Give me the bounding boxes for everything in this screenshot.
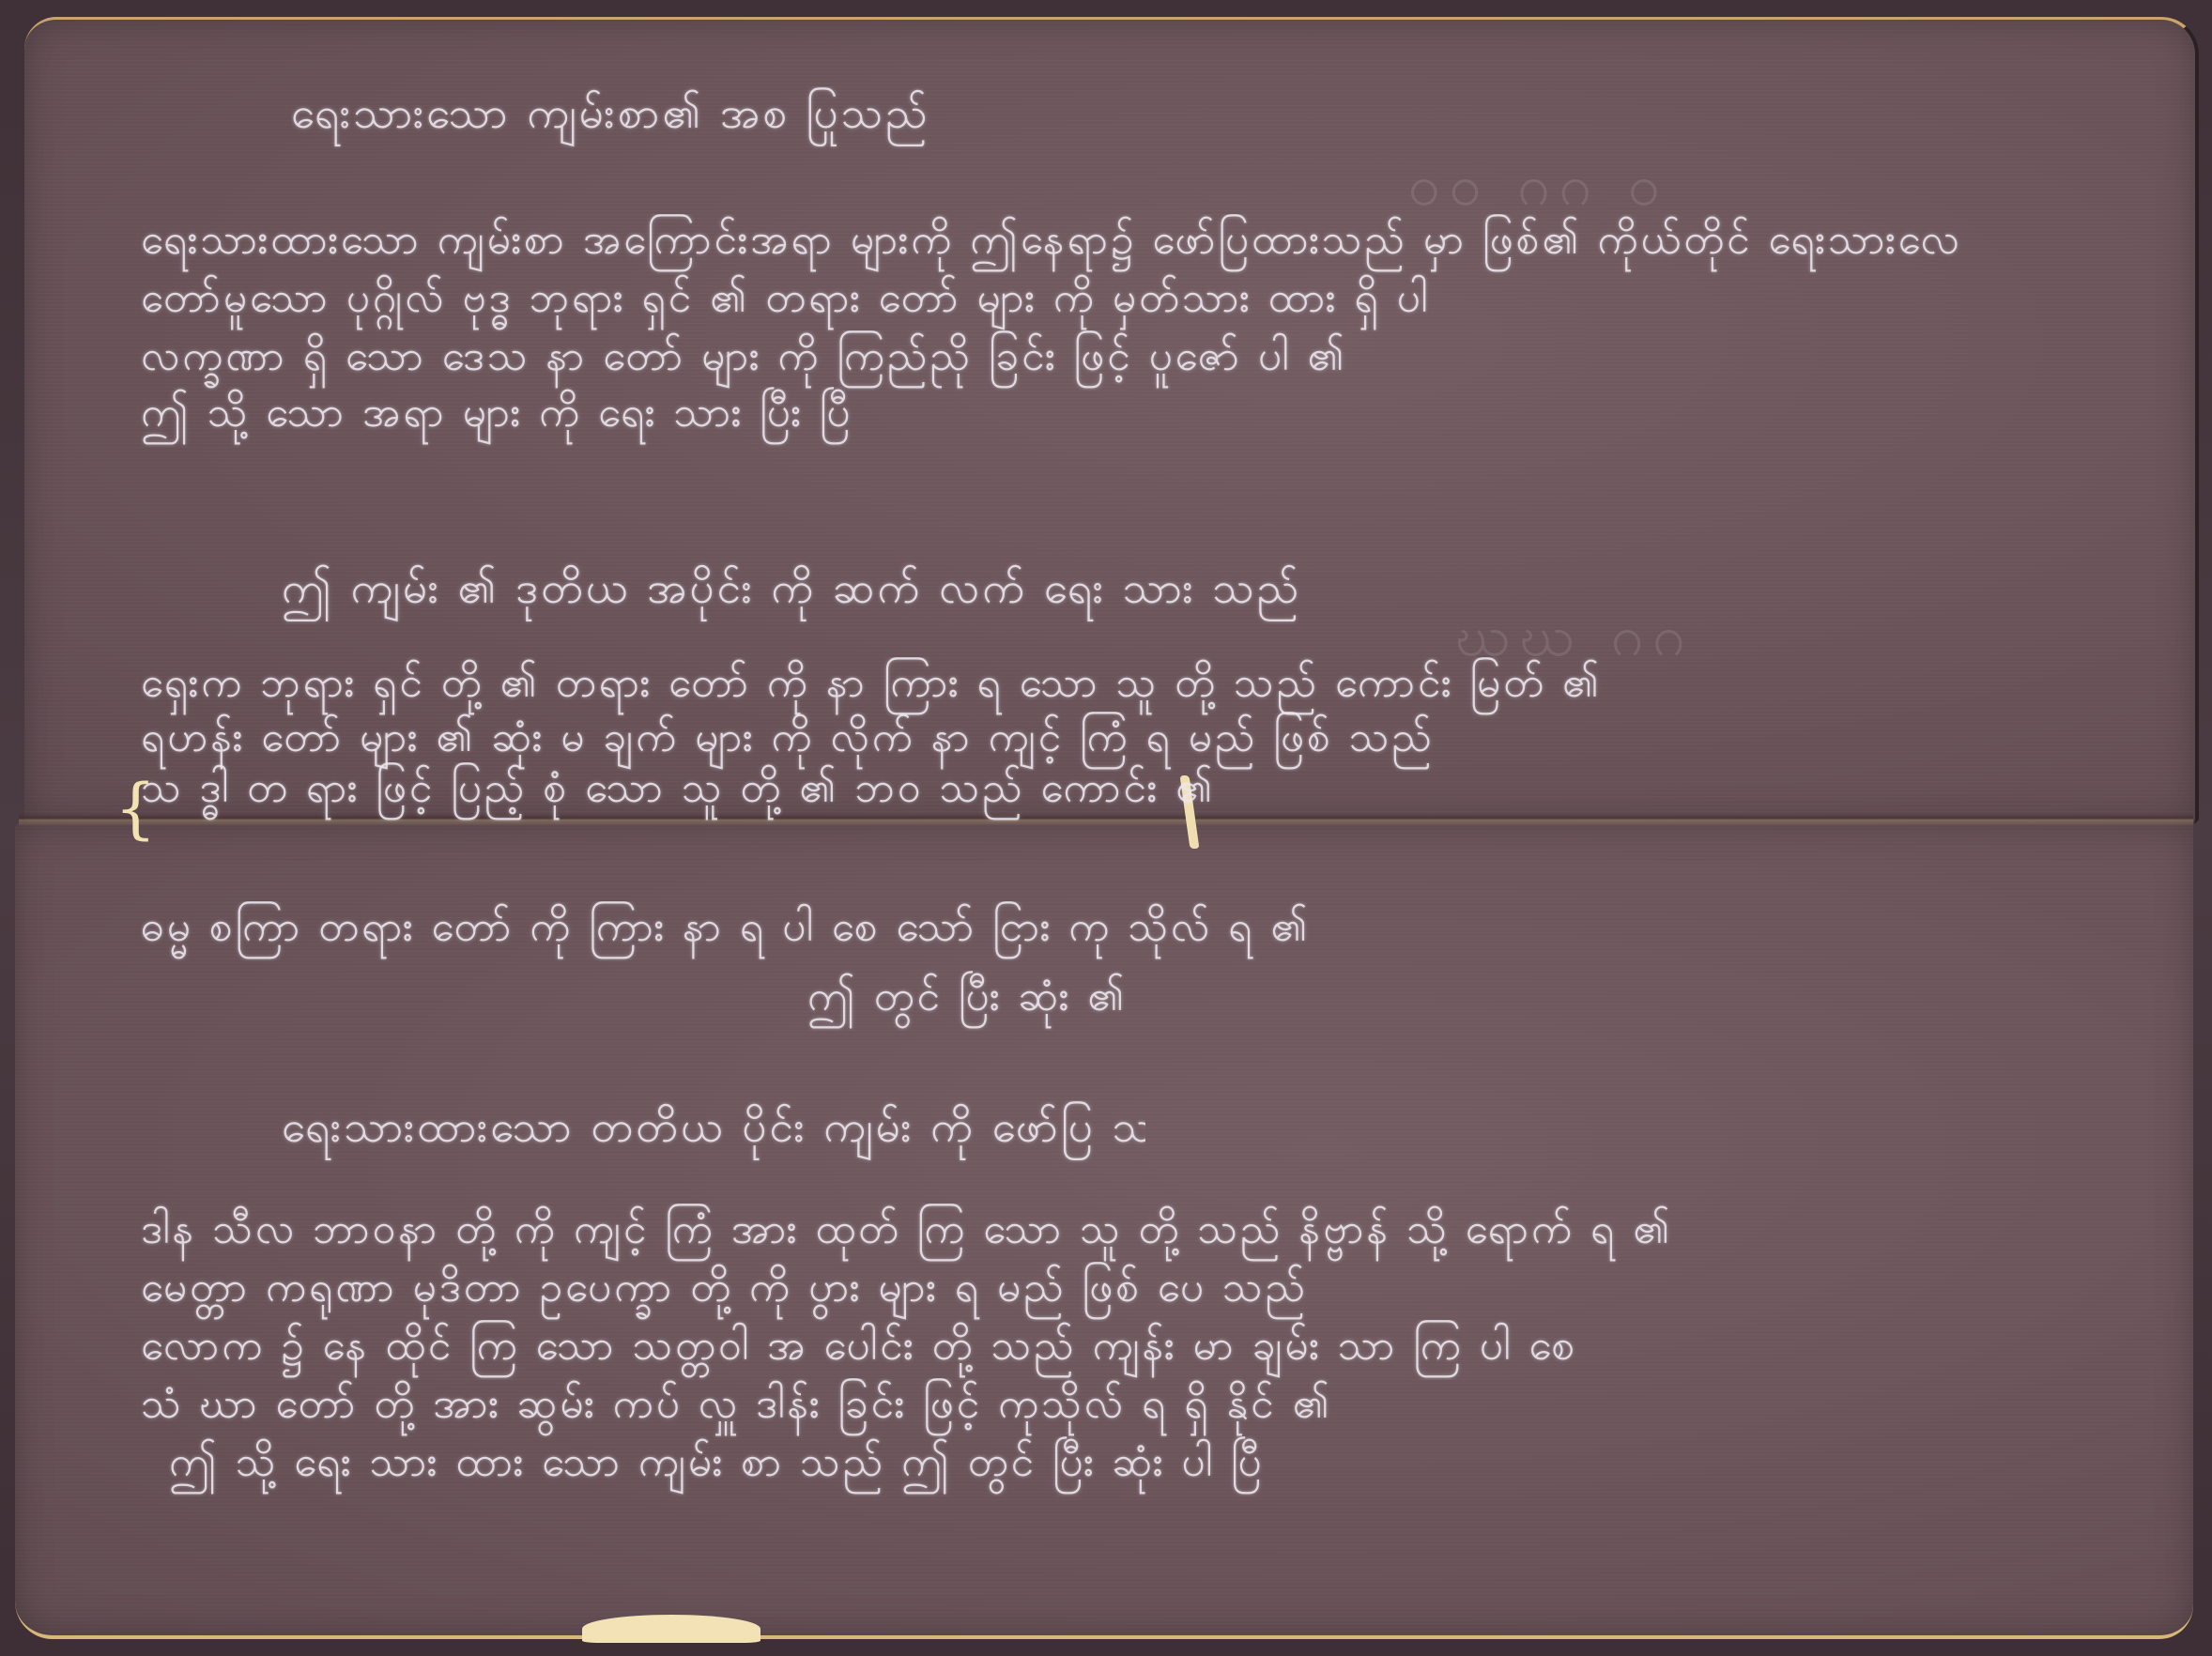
text-line: မေတ္တာ ကရုဏာ မုဒိတာ ဥပေက္ခာ တို့ ကို ပွာ… — [141, 1262, 2094, 1322]
heading-3: ရေးသားထားသော တတိယ ပိုင်း ကျမ်း ကို ဖော်ပ… — [282, 1100, 1145, 1163]
edge-damage — [582, 1615, 760, 1643]
text-line: လောက ၌ နေ ထိုင် ကြ သော သတ္တဝါ အ ပေါင်း တ… — [141, 1320, 2094, 1380]
heading-1: ရေးသားသော ကျမ်းစာ၏ အစ ပြုသည် — [291, 86, 1277, 149]
text-line: ဤ သို့ ရေး သား ထား သော ကျမ်း စာ သည် ဤ တွ… — [169, 1436, 2066, 1496]
text-line: ရှေးက ဘုရား ရှင် တို့ ၏ တရား တော် ကို နာ… — [141, 657, 2037, 717]
text-line: သံ ဃာ တော် တို့ အား ဆွမ်း ကပ် လှူ ဒါန်း … — [141, 1378, 2094, 1438]
text-line: လက္ခဏာ ရှိ သော ဒေသ နာ တော် များ ကို ကြည်… — [141, 330, 2066, 391]
text-line: တော်မူသော ပုဂ္ဂိုလ် ဗုဒ္ဓ ဘုရား ရှင် ၏ တ… — [141, 272, 2066, 332]
heading-2: ဤ ကျမ်း ၏ ဒုတိယ အပိုင်း ကို ဆက် လက် ရေး … — [282, 561, 1390, 624]
text-line: ရေးသားထားသော ကျမ်းစာ အကြောင်းအရာ များကို… — [141, 214, 2066, 274]
text-line: ဒါန သီလ ဘာဝနာ တို့ ကို ကျင့် ကြံ အား ထုတ… — [141, 1204, 2094, 1264]
text-line: ဓမ္မ စကြာ တရား တော် ကို ကြား နာ ရ ပါ စေ … — [141, 901, 2037, 961]
text-line: ဤ သို့ သော အရာ များ ကို ရေး သား ပြီး ပြီ — [141, 387, 1080, 447]
text-line: ဤ တွင် ပြီး ဆုံး ၏ — [807, 971, 1164, 1031]
text-line: သ ဒ္ဓါ တ ရား ဖြင့် ပြည့် စုံ သော သူ တို့… — [141, 762, 2037, 822]
